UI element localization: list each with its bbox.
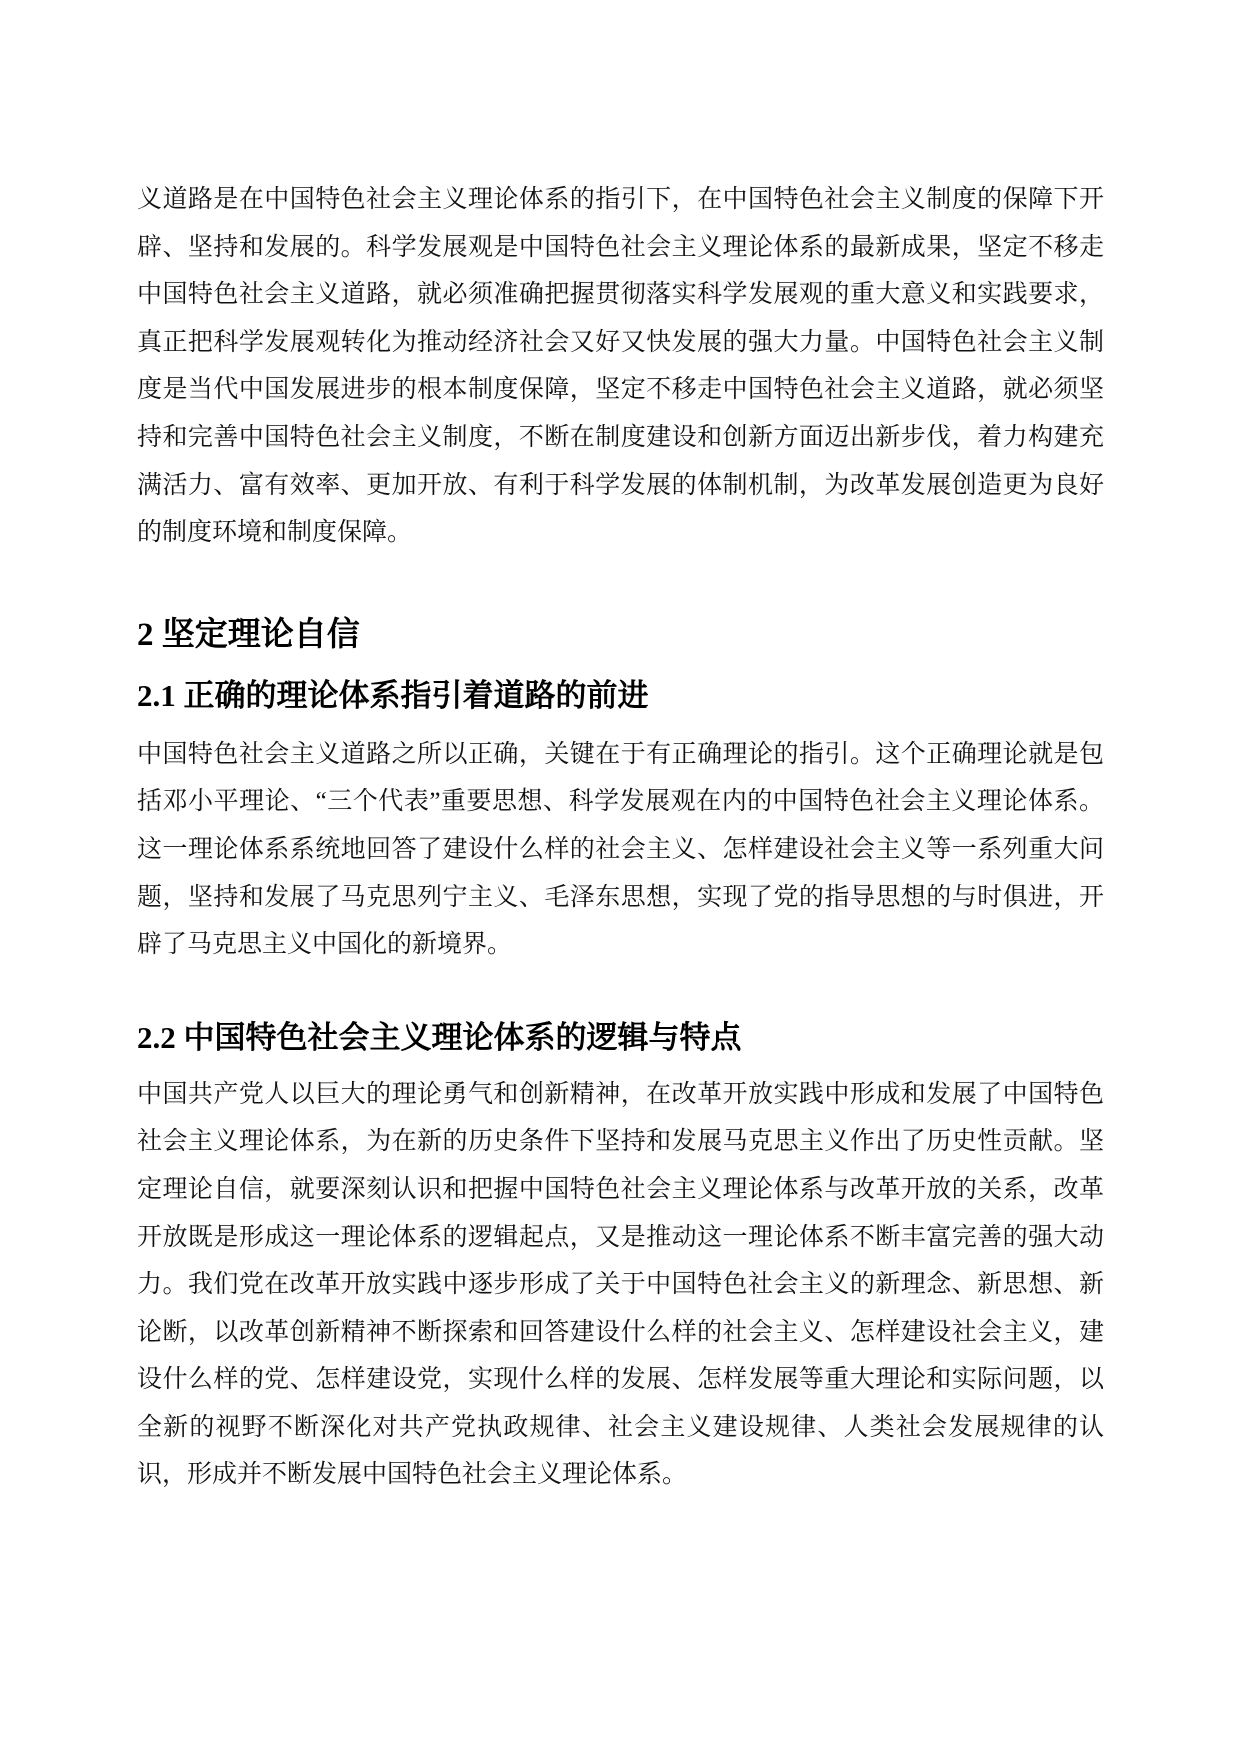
page-content: 义道路是在中国特色社会主义理论体系的指引下，在中国特色社会主义制度的保障下开辟、… (137, 176, 1104, 1499)
chapter-2-heading: 2 坚定理论自信 (137, 613, 1104, 657)
section-2-1-paragraph: 中国特色社会主义道路之所以正确，关键在于有正确理论的指引。这个正确理论就是包括邓… (137, 731, 1104, 969)
section-2-2-paragraph: 中国共产党人以巨大的理论勇气和创新精神，在改革开放实践中形成和发展了中国特色社会… (137, 1071, 1104, 1499)
document-page: 义道路是在中国特色社会主义理论体系的指引下，在中国特色社会主义制度的保障下开辟、… (0, 0, 1241, 1754)
paragraph-continued-from-previous-page: 义道路是在中国特色社会主义理论体系的指引下，在中国特色社会主义制度的保障下开辟、… (137, 176, 1104, 557)
section-2-1-heading: 2.1 正确的理论体系指引着道路的前进 (137, 675, 1104, 717)
section-2-2-heading: 2.2 中国特色社会主义理论体系的逻辑与特点 (137, 1017, 1104, 1059)
